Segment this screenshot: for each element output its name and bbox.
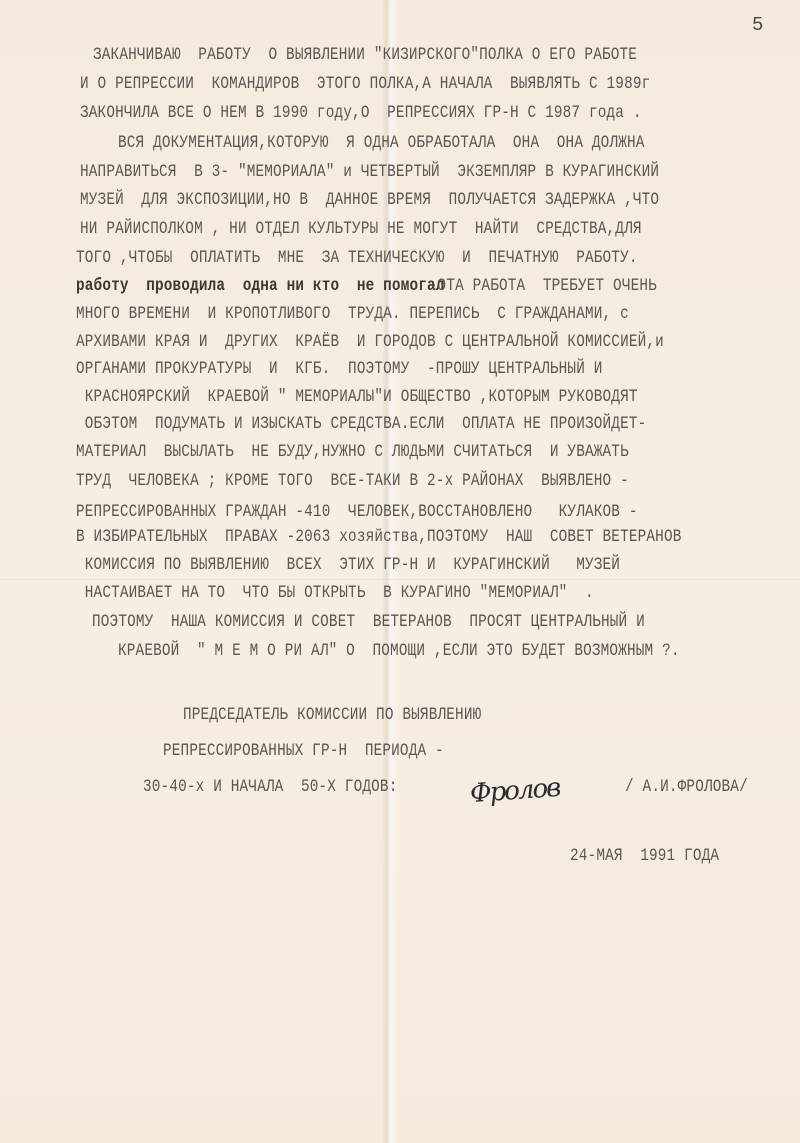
text-line: В ИЗБИРАТЕЛЬНЫХ ПРАВАХ -2063 хозяйства,П… (76, 527, 682, 547)
text-line: -ЭТА РАБОТА ТРЕБУЕТ ОЧЕНЬ (420, 276, 657, 296)
page-number: 5 (752, 14, 763, 36)
text-line: ВСЯ ДОКУМЕНТАЦИЯ,КОТОРУЮ Я ОДНА ОБРАБОТА… (118, 133, 645, 153)
text-line-bold: работу проводила одна ни кто не помогал (76, 276, 445, 296)
signature-title: РЕПРЕССИРОВАННЫХ ГР-Н ПЕРИОДА - (163, 741, 444, 761)
text-line: НАПРАВИТЬСЯ В 3- "МЕМОРИАЛА" и ЧЕТВЕРТЫЙ… (80, 162, 659, 182)
signature-title: 30-40-х И НАЧАЛА 50-Х ГОДОВ: (143, 777, 397, 797)
text-line: ЗАКОНЧИЛА ВСЕ О НЕМ В 1990 году,О РЕПРЕС… (80, 103, 642, 123)
text-line: МУЗЕЙ ДЛЯ ЭКСПОЗИЦИИ,НО В ДАННОЕ ВРЕМЯ П… (80, 190, 659, 210)
text-line: КРАСНОЯРСКИЙ КРАЕВОЙ " МЕМОРИАЛЫ"И ОБЩЕС… (76, 387, 638, 407)
text-line: НАСТАИВАЕТ НА ТО ЧТО БЫ ОТКРЫТЬ В КУРАГИ… (76, 583, 594, 603)
text-line: КОМИССИЯ ПО ВЫЯВЛЕНИЮ ВСЕХ ЭТИХ ГР-Н И К… (76, 555, 620, 575)
text-line: РЕПРЕССИРОВАННЫХ ГРАЖДАН -410 ЧЕЛОВЕК,ВО… (76, 502, 638, 522)
text-line: И О РЕПРЕССИИ КОМАНДИРОВ ЭТОГО ПОЛКА,А Н… (80, 74, 650, 94)
signatory-name: / А.И.ФРОЛОВА/ (625, 777, 748, 797)
handwritten-signature: Фролов (469, 773, 560, 809)
text-line: ПОЭТОМУ НАША КОМИССИЯ И СОВЕТ ВЕТЕРАНОВ … (92, 612, 645, 632)
horizontal-fold (0, 578, 800, 581)
text-line: МАТЕРИАЛ ВЫСЫЛАТЬ НЕ БУДУ,НУЖНО С ЛЮДЬМИ… (76, 442, 629, 462)
document-date: 24-МАЯ 1991 ГОДА (570, 846, 719, 866)
text-line: ЗАКАНЧИВАЮ РАБОТУ О ВЫЯВЛЕНИИ "КИЗИРСКОГ… (93, 45, 637, 65)
text-line: ТОГО ,ЧТОБЫ ОПЛАТИТЬ МНЕ ЗА ТЕХНИЧЕСКУЮ … (76, 248, 638, 268)
text-line: ОБЭТОМ ПОДУМАТЬ И ИЗЫСКАТЬ СРЕДСТВА.ЕСЛИ… (76, 414, 646, 434)
text-line: КРАЕВОЙ " М Е М О РИ АЛ" О ПОМОЩИ ,ЕСЛИ … (118, 641, 680, 661)
text-line: АРХИВАМИ КРАЯ И ДРУГИХ КРАЁВ И ГОРОДОВ С… (76, 332, 664, 352)
text-line: НИ РАЙИСПОЛКОМ , НИ ОТДЕЛ КУЛЬТУРЫ НЕ МО… (80, 219, 642, 239)
text-line: МНОГО ВРЕМЕНИ И КРОПОТЛИВОГО ТРУДА. ПЕРЕ… (76, 304, 629, 324)
text-line: ОРГАНАМИ ПРОКУРАТУРЫ И КГБ. ПОЭТОМУ -ПРО… (76, 359, 603, 379)
text-line: ТРУД ЧЕЛОВЕКА ; КРОМЕ ТОГО ВСЕ-ТАКИ В 2-… (76, 471, 629, 491)
signature-title: ПРЕДСЕДАТЕЛЬ КОМИССИИ ПО ВЫЯВЛЕНИЮ (183, 705, 481, 725)
